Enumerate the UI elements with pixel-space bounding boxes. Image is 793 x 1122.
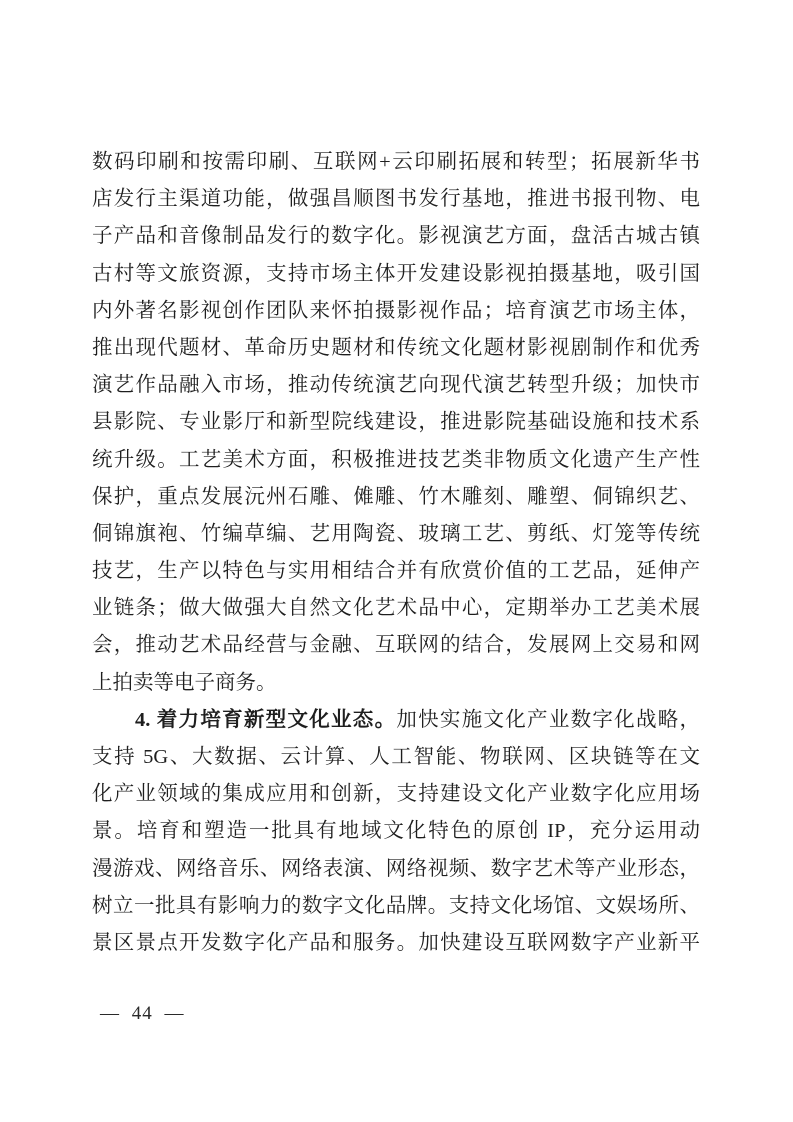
body-text-line: 业链条；做大做强大自然文化艺术品中心，定期举办工艺美术展: [92, 590, 700, 627]
body-text-line: 景区景点开发数字化产品和服务。加快建设互联网数字产业新平: [92, 925, 700, 962]
body-text-line: 化产业领域的集成应用和创新，支持建设文化产业数字化应用场: [92, 776, 700, 813]
body-text-line: 统升级。工艺美术方面，积极推进技艺类非物质文化遗产生产性: [92, 442, 700, 479]
body-text-line: 保护，重点发展沅州石雕、傩雕、竹木雕刻、雕塑、侗锦织艺、: [92, 479, 700, 516]
paragraph-4-heading-tail: 加快实施文化产业数字化战略，: [396, 709, 700, 731]
body-text-line: 支持 5G、大数据、云计算、人工智能、物联网、区块链等在文: [92, 739, 700, 776]
body-text-line: 店发行主渠道功能，做强昌顺图书发行基地，推进书报刊物、电: [92, 181, 700, 218]
body-text-block: 数码印刷和按需印刷、互联网+云印刷拓展和转型；拓展新华书 店发行主渠道功能，做强…: [92, 144, 700, 962]
body-text-line: 内外著名影视创作团队来怀拍摄影视作品；培育演艺市场主体，: [92, 293, 700, 330]
body-text-line: 子产品和音像制品发行的数字化。影视演艺方面，盘活古城古镇: [92, 218, 700, 255]
page-number: — 44 —: [100, 1002, 185, 1026]
body-text-line: 上拍卖等电子商务。: [92, 665, 700, 702]
body-text-line: 技艺，生产以特色与实用相结合并有欣赏价值的工艺品，延伸产: [92, 553, 700, 590]
body-text-line: 数码印刷和按需印刷、互联网+云印刷拓展和转型；拓展新华书: [92, 144, 700, 181]
paragraph-4-heading-line: 4. 着力培育新型文化业态。加快实施文化产业数字化战略，: [92, 702, 700, 739]
body-text-line: 演艺作品融入市场，推动传统演艺向现代演艺转型升级；加快市: [92, 367, 700, 404]
body-text-line: 树立一批具有影响力的数字文化品牌。支持文化场馆、文娱场所、: [92, 888, 700, 925]
document-page: 数码印刷和按需印刷、互联网+云印刷拓展和转型；拓展新华书 店发行主渠道功能，做强…: [0, 0, 793, 1122]
body-text-line: 漫游戏、网络音乐、网络表演、网络视频、数字艺术等产业形态，: [92, 851, 700, 888]
body-text-line: 侗锦旗袍、竹编草编、艺用陶瓷、玻璃工艺、剪纸、灯笼等传统: [92, 516, 700, 553]
body-text-line: 县影院、专业影厅和新型院线建设，推进影院基础设施和技术系: [92, 404, 700, 441]
paragraph-4-heading: 4. 着力培育新型文化业态。: [135, 709, 396, 731]
body-text-line: 会，推动艺术品经营与金融、互联网的结合，发展网上交易和网: [92, 627, 700, 664]
body-text-line: 推出现代题材、革命历史题材和传统文化题材影视剧制作和优秀: [92, 330, 700, 367]
body-text-line: 古村等文旅资源，支持市场主体开发建设影视拍摄基地，吸引国: [92, 256, 700, 293]
body-text-line: 景。培育和塑造一批具有地域文化特色的原创 IP，充分运用动: [92, 813, 700, 850]
